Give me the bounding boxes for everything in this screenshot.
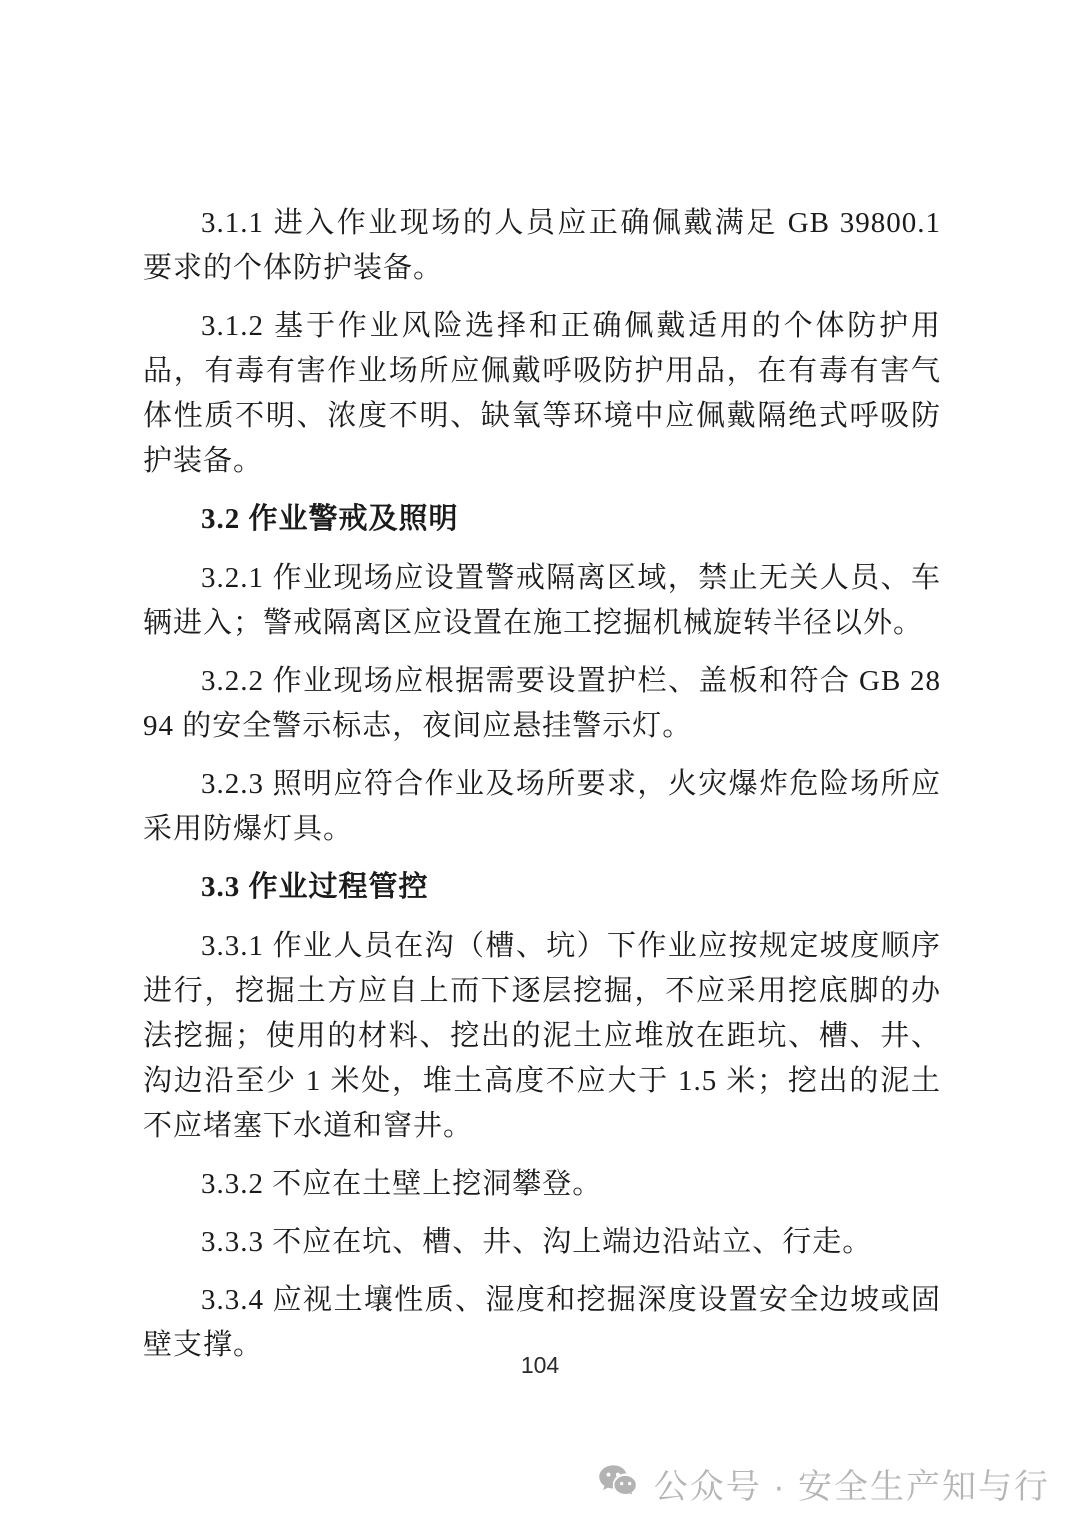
paragraph-3-3-2: 3.3.2 不应在土壁上挖洞攀登。: [143, 1162, 941, 1207]
heading-3-3: 3.3 作业过程管控: [143, 865, 941, 910]
paragraph-3-3-3: 3.3.3 不应在坑、槽、井、沟上端边沿站立、行走。: [143, 1220, 941, 1265]
paragraph-3-2-2: 3.2.2 作业现场应根据需要设置护栏、盖板和符合 GB 2894 的安全警示标…: [143, 659, 941, 749]
document-page: 3.1.1 进入作业现场的人员应正确佩戴满足 GB 39800.1 要求的个体防…: [0, 0, 1080, 1527]
heading-3-2: 3.2 作业警戒及照明: [143, 497, 941, 542]
paragraph-3-1-1: 3.1.1 进入作业现场的人员应正确佩戴满足 GB 39800.1 要求的个体防…: [143, 201, 941, 291]
wechat-icon: [598, 1464, 642, 1504]
watermark-label: 公众号 · 安全生产知与行: [654, 1459, 1050, 1508]
document-body: 3.1.1 进入作业现场的人员应正确佩戴满足 GB 39800.1 要求的个体防…: [143, 201, 941, 1381]
paragraph-3-2-3: 3.2.3 照明应符合作业及场所要求，火灾爆炸危险场所应采用防爆灯具。: [143, 762, 941, 852]
paragraph-3-1-2: 3.1.2 基于作业风险选择和正确佩戴适用的个体防护用品，有毒有害作业场所应佩戴…: [143, 304, 941, 484]
wechat-watermark: 公众号 · 安全生产知与行: [598, 1459, 1050, 1508]
paragraph-3-2-1: 3.2.1 作业现场应设置警戒隔离区域，禁止无关人员、车辆进入；警戒隔离区应设置…: [143, 556, 941, 646]
paragraph-3-3-1: 3.3.1 作业人员在沟（槽、坑）下作业应按规定坡度顺序进行，挖掘土方应自上而下…: [143, 924, 941, 1149]
page-number: 104: [0, 1352, 1080, 1379]
